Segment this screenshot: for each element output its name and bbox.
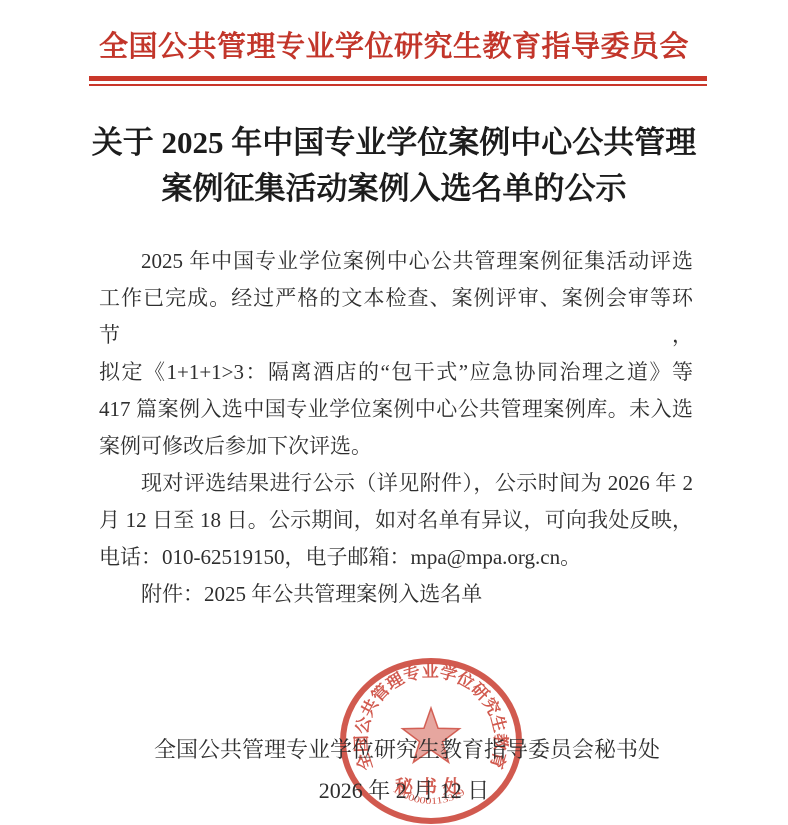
letterhead-org-name: 全国公共管理专业学位研究生教育指导委员会 <box>0 24 788 65</box>
body-line: 案例可修改后参加下次评选。 <box>99 428 693 465</box>
body-line: 电话：010-62519150，电子邮箱：mpa@mpa.org.cn。 <box>99 539 693 576</box>
document-title-line1: 关于 2025 年中国专业学位案例中心公共管理 <box>0 120 788 166</box>
document-date: 2026 年 2 月 12 日 <box>0 774 788 805</box>
body-line: 拟定《1+1+1>3：隔离酒店的“包干式”应急协同治理之道》等 <box>99 354 693 391</box>
body-line: 现对评选结果进行公示（详见附件），公示时间为 2026 年 2 <box>99 465 693 502</box>
letterhead-rule-thick <box>89 76 707 81</box>
document-body: 2025 年中国专业学位案例中心公共管理案例征集活动评选 工作已完成。经过严格的… <box>99 243 693 576</box>
body-line: 417 篇案例入选中国专业学位案例中心公共管理案例库。未入选 <box>99 391 693 428</box>
body-line: 2025 年中国专业学位案例中心公共管理案例征集活动评选 <box>99 243 693 280</box>
document-page: 全国公共管理专业学位研究生教育指导委员会 关于 2025 年中国专业学位案例中心… <box>0 0 788 825</box>
document-title-line2: 案例征集活动案例入选名单的公示 <box>0 166 788 212</box>
body-line: 工作已完成。经过严格的文本检查、案例评审、案例会审等环节， <box>99 280 693 354</box>
document-title: 关于 2025 年中国专业学位案例中心公共管理 案例征集活动案例入选名单的公示 <box>0 120 788 212</box>
attachment-line: 附件：2025 年公共管理案例入选名单 <box>141 578 482 608</box>
signature-org: 全国公共管理专业学位研究生教育指导委员会秘书处 <box>0 733 788 764</box>
body-line: 月 12 日至 18 日。公示期间，如对名单有异议，可向我处反映， <box>99 502 693 539</box>
letterhead-rule-thin <box>89 84 707 86</box>
